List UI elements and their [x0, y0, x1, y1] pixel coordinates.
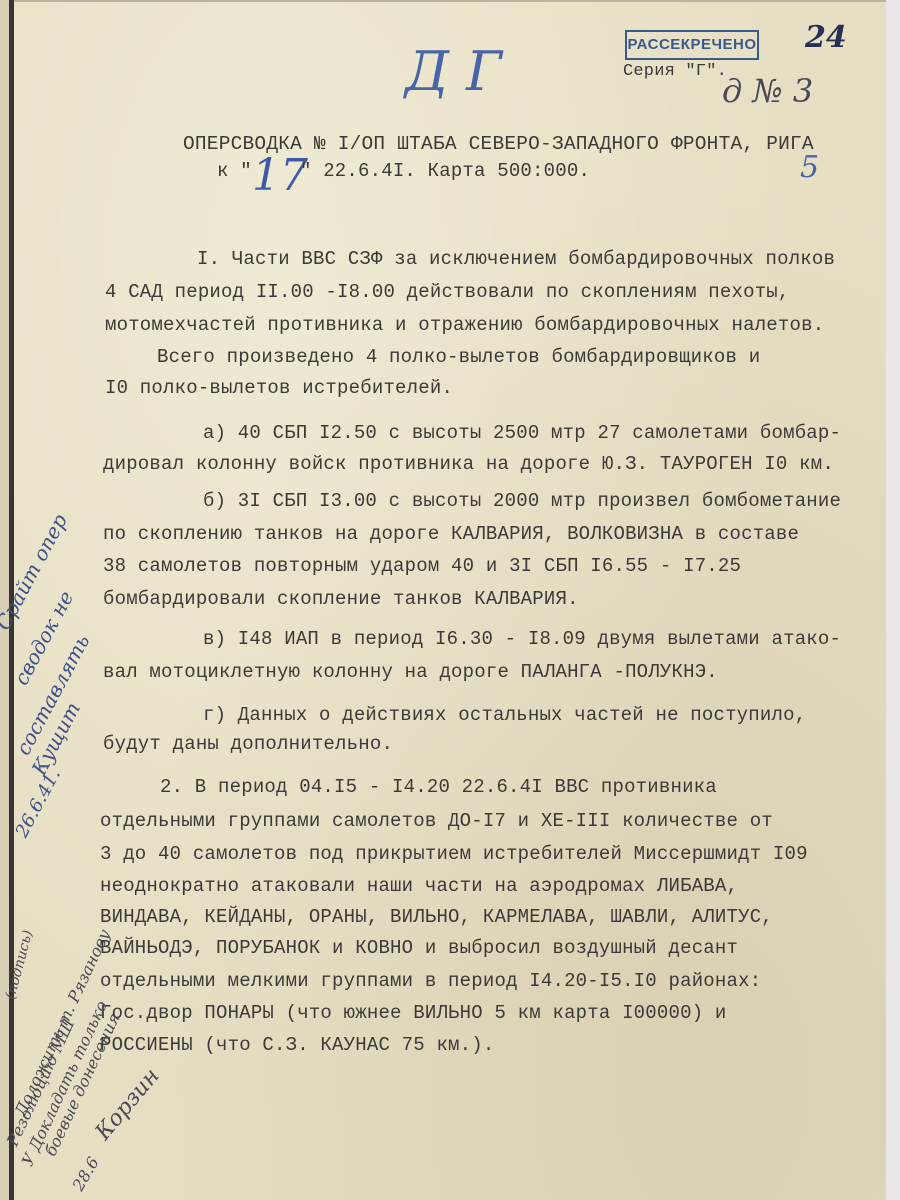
para1-line5: I0 полко-вылетов истребителей.	[105, 377, 453, 399]
para2-line1: 2. В период 04.I5 - I4.20 22.6.4I ВВС пр…	[160, 776, 717, 798]
series-label: Серия "Г".	[623, 62, 727, 81]
para2-line5: ВИНДАВА, КЕЙДАНЫ, ОРАНЫ, ВИЛЬНО, КАРМЕЛА…	[100, 906, 773, 928]
para2-line4: неоднократно атаковали наши части на аэр…	[100, 875, 738, 897]
para-g-line2: будут даны дополнительно.	[103, 733, 393, 755]
para1-line4: Всего произведено 4 полко-вылетов бомбар…	[157, 346, 760, 368]
para2-line3: 3 до 40 самолетов под прикрытием истреби…	[100, 843, 808, 865]
para2-line6: ВАЙНЬОДЭ, ПОРУБАНОК и КОВНО и выбросил в…	[100, 937, 738, 959]
para1-line2: 4 САД период II.00 -I8.00 действовали по…	[105, 281, 790, 303]
handwritten-initials: Д Г	[405, 40, 502, 103]
para2-line9: РОССИЕНЫ (что С.З. КАУНАС 75 км.).	[100, 1034, 494, 1056]
para1-line1: I. Части ВВС СЗФ за исключением бомбарди…	[197, 248, 835, 270]
declassified-stamp: РАССЕКРЕЧЕНО	[625, 30, 759, 60]
para-b-line2: по скоплению танков на дороге КАЛВАРИЯ, …	[103, 523, 799, 545]
para2-line8: Гос.двор ПОНАРЫ (что южнее ВИЛЬНО 5 км к…	[100, 1002, 727, 1024]
handwritten-doc-number: д № 3	[722, 72, 813, 110]
handwritten-number-5: 5	[800, 150, 819, 185]
para-b-line4: бомбардировали скопление танков КАЛВАРИЯ…	[103, 588, 579, 610]
para-b-line1: б) 3I СБП I3.00 с высоты 2000 мтр произв…	[203, 490, 841, 512]
page-number: 24	[805, 20, 847, 55]
report-title-line2-prefix: к "	[217, 160, 252, 182]
report-title-line2-suffix: " 22.6.4I. Карта 500:000.	[300, 160, 590, 182]
para-v-line1: в) I48 ИАП в период I6.30 - I8.09 двумя …	[203, 628, 841, 650]
para2-line2: отдельными группами самолетов ДО-I7 и ХЕ…	[100, 810, 773, 832]
right-background-edge	[886, 0, 900, 1200]
para-v-line2: вал мотоциклетную колонну на дороге ПАЛА…	[103, 661, 718, 683]
para-a-line2: дировал колонну войск противника на доро…	[103, 453, 834, 475]
para-g-line1: г) Данных о действиях остальных частей н…	[203, 704, 806, 726]
para-b-line3: 38 самолетов повторным ударом 40 и 3I СБ…	[103, 555, 741, 577]
para2-line7: отдельными мелкими группами в период I4.…	[100, 970, 761, 992]
para-a-line1: а) 40 СБП I2.50 с высоты 2500 мтр 27 сам…	[203, 422, 841, 444]
para1-line3: мотомехчастей противника и отражению бом…	[105, 314, 824, 336]
